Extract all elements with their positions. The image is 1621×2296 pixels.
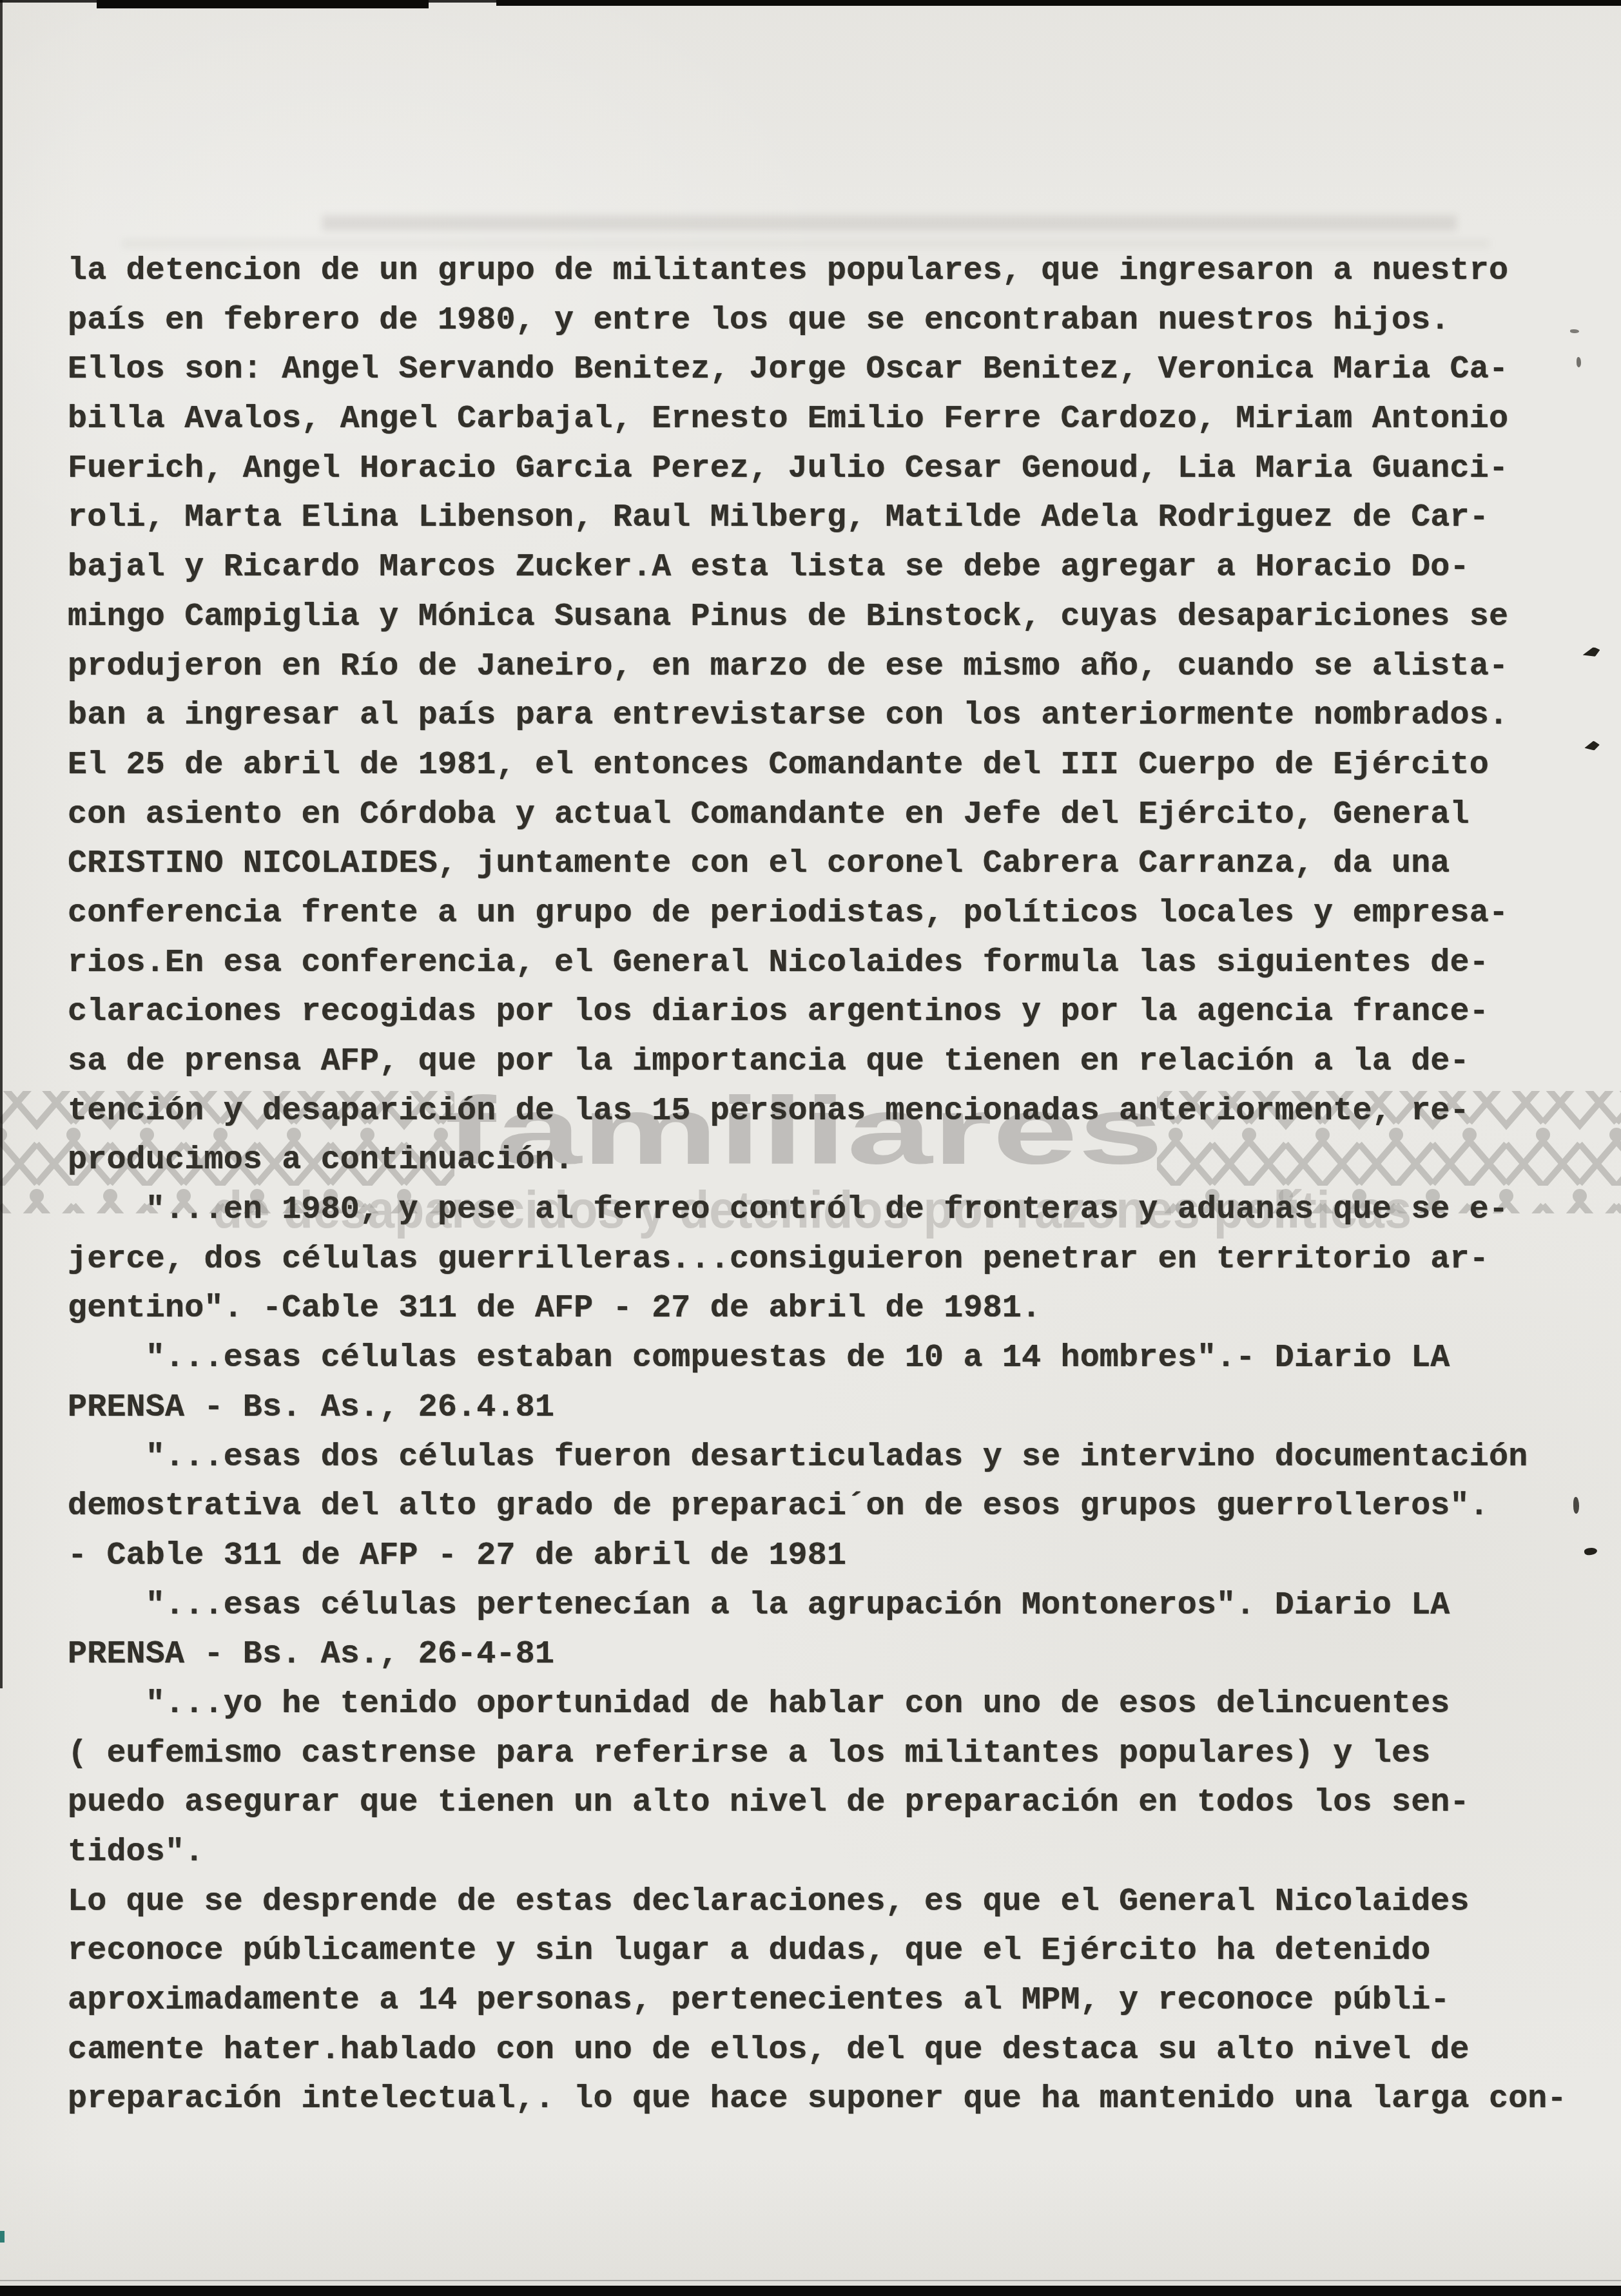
text-line: jerce, dos células guerrilleras...consig… xyxy=(68,1235,1589,1285)
text-line: sa de prensa AFP, que por la importancia… xyxy=(68,1037,1589,1087)
text-line: Fuerich, Angel Horacio Garcia Perez, Jul… xyxy=(68,445,1589,494)
text-line: la detencion de un grupo de militantes p… xyxy=(68,247,1589,296)
text-line: CRISTINO NICOLAIDES, juntamente con el c… xyxy=(68,840,1589,889)
text-line: reconoce públicamente y sin lugar a duda… xyxy=(68,1927,1589,1976)
text-line: tidos". xyxy=(68,1828,1589,1878)
text-line: tención y desaparición de las 15 persona… xyxy=(68,1087,1589,1137)
text-line: PRENSA - Bs. As., 26-4-81 xyxy=(68,1630,1589,1680)
ink-speck xyxy=(1570,329,1579,333)
text-line: conferencia frente a un grupo de periodi… xyxy=(68,889,1589,939)
text-line: Ellos son: Angel Servando Benitez, Jorge… xyxy=(68,345,1589,395)
text-line: preparación intelectual,. lo que hace su… xyxy=(68,2075,1589,2125)
text-line: produjeron en Río de Janeiro, en marzo d… xyxy=(68,642,1589,692)
text-line: "...yo he tenido oportunidad de hablar c… xyxy=(68,1680,1589,1730)
text-line: "...esas dos células fueron desarticulad… xyxy=(68,1433,1589,1483)
ink-speck xyxy=(0,2231,5,2243)
text-line: puedo asegurar que tienen un alto nivel … xyxy=(68,1779,1589,1828)
scan-edge-bottom-shadow xyxy=(0,2280,1621,2281)
document-page: familiares de desaparecidos y detenidos … xyxy=(0,0,1621,2296)
text-line: PRENSA - Bs. As., 26.4.81 xyxy=(68,1384,1589,1433)
typewritten-text: la detencion de un grupo de militantes p… xyxy=(68,247,1589,2125)
ink-speck xyxy=(1577,357,1581,367)
text-line: billa Avalos, Angel Carbajal, Ernesto Em… xyxy=(68,395,1589,445)
text-line: Lo que se desprende de estas declaracion… xyxy=(68,1878,1589,1927)
text-line: El 25 de abril de 1981, el entonces Coma… xyxy=(68,741,1589,791)
text-line: aproximadamente a 14 personas, perteneci… xyxy=(68,1976,1589,2026)
text-line: gentino". -Cable 311 de AFP - 27 de abri… xyxy=(68,1284,1589,1334)
text-line: rios.En esa conferencia, el General Nico… xyxy=(68,939,1589,989)
scan-edge-bottom xyxy=(0,2286,1621,2296)
scan-edge-top-segment xyxy=(496,0,1621,6)
text-line: con asiento en Córdoba y actual Comandan… xyxy=(68,791,1589,840)
text-line: "...esas células estaban compuestas de 1… xyxy=(68,1334,1589,1384)
text-line: bajal y Ricardo Marcos Zucker.A esta lis… xyxy=(68,543,1589,593)
text-line: roli, Marta Elina Libenson, Raul Milberg… xyxy=(68,494,1589,543)
text-line: - Cable 311 de AFP - 27 de abril de 1981 xyxy=(68,1532,1589,1581)
ink-speck xyxy=(1573,1497,1579,1514)
scan-edge-left xyxy=(0,0,3,1688)
scan-smudge xyxy=(322,215,1457,231)
text-line: demostrativa del alto grado de preparaci… xyxy=(68,1482,1589,1532)
text-line: ( eufemismo castrense para referirse a l… xyxy=(68,1730,1589,1779)
text-line: camente hater.hablado con uno de ellos, … xyxy=(68,2026,1589,2076)
ink-speck xyxy=(1584,1547,1598,1556)
text-line: mingo Campiglia y Mónica Susana Pinus de… xyxy=(68,593,1589,642)
text-line: país en febrero de 1980, y entre los que… xyxy=(68,296,1589,346)
text-line: claraciones recogidas por los diarios ar… xyxy=(68,988,1589,1037)
scan-edge-top-segment xyxy=(97,0,429,8)
text-line: ban a ingresar al país para entrevistars… xyxy=(68,691,1589,741)
text-line: producimos a continuación. xyxy=(68,1136,1589,1186)
text-line: "...en 1980, y pese al ferreo contról de… xyxy=(68,1186,1589,1235)
text-line: "...esas células pertenecían a la agrupa… xyxy=(68,1581,1589,1631)
